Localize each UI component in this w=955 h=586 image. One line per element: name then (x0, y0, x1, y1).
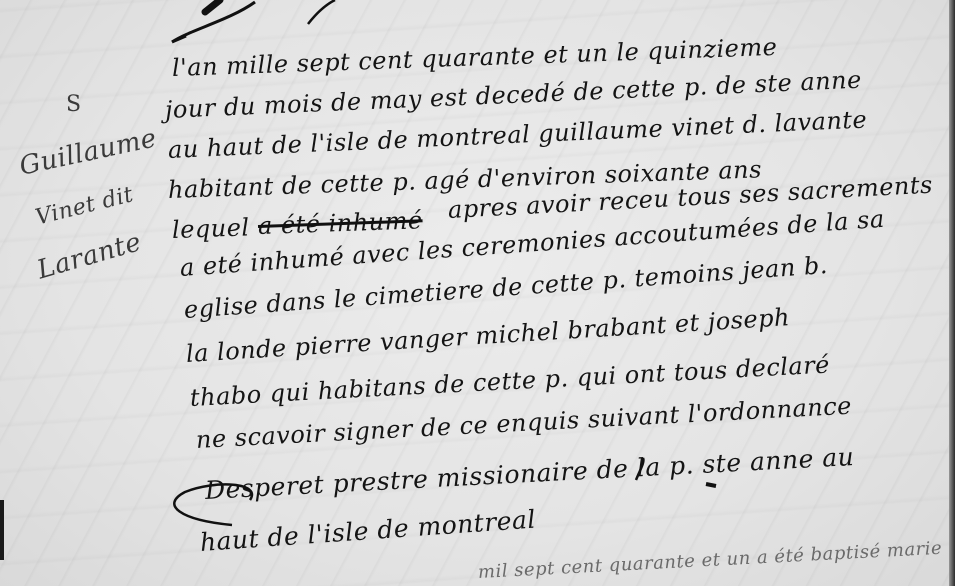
page-edge-shadow (949, 0, 955, 586)
next-entry-faint-line: mil sept cent quarante et un a été bapti… (477, 538, 942, 583)
scanned-document-page: S Guillaume Vinet dit Larante l'an mille… (0, 0, 955, 586)
margin-entry-number: S (66, 92, 82, 117)
margin-name-line-1: Guillaume (17, 123, 159, 181)
text-line-12: haut de l'isle de montreal (199, 505, 537, 557)
margin-name-line-3: Larante (34, 227, 145, 285)
margin-name-line-2: Vinet dit (33, 182, 136, 230)
page-edge-mark (0, 500, 4, 560)
struck-out-text: a été inhumé (258, 206, 424, 240)
text-line-5-start: lequel (172, 213, 251, 244)
text-line-11: Desperet prestre missionaire de la p. st… (204, 442, 855, 505)
